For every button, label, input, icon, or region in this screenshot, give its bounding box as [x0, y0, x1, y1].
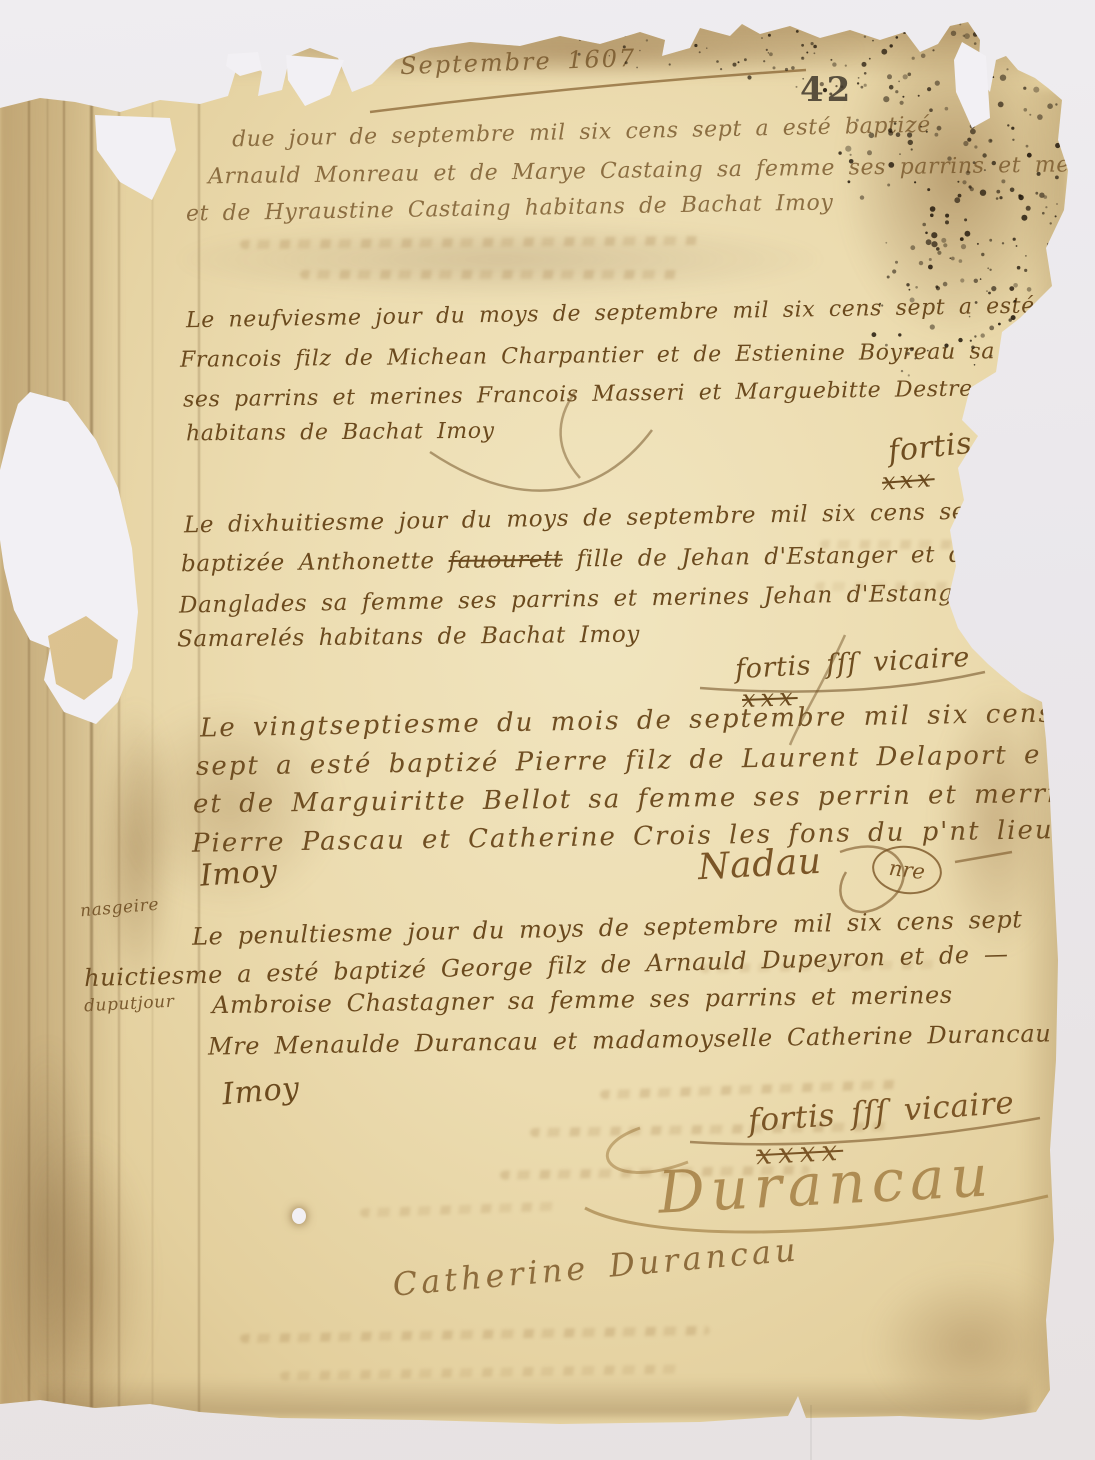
strike-marks: xxx	[742, 683, 799, 713]
entry-3-line-post: fille de Jehan d'Estanger et de Phy	[563, 541, 1038, 573]
stain	[300, 26, 860, 76]
page-number: 42	[800, 70, 853, 110]
entry-1-line: due jour de septembre mil six cens sept …	[232, 113, 931, 153]
signature-fortis-vicaire: fortis ſſſ vicaire	[747, 1085, 1015, 1140]
entry-5-line: Ambroise Chastagner sa femme ses parrins…	[212, 981, 953, 1019]
entry-5-line: Le penultiesme jour du moys de septembre…	[192, 905, 1023, 950]
notary-mark-text: nre	[888, 856, 927, 884]
entry-1-line: et de Hyraustine Castaing habitans de Ba…	[186, 190, 834, 226]
entry-2-line: Le neufviesme jour du moys de septembre …	[186, 292, 1095, 334]
entry-3-line: Danglades sa femme ses parrins et merine…	[179, 579, 1018, 618]
entry-3-line: Samarelés habitans de Bachat Imoy	[177, 622, 640, 653]
signature-durancau-flourish: Durancau	[656, 1141, 995, 1226]
notary-mark: nre	[869, 842, 944, 898]
manuscript-page: Septembre 1607 due jour de septembre mil…	[0, 0, 1095, 1460]
entry-3-line: Le dixhuitiesme jour du moys de septembr…	[184, 498, 1035, 539]
ghost-writing	[820, 540, 980, 549]
ghost-writing	[700, 960, 940, 973]
entry-3-struck-word: fauourett	[448, 547, 563, 574]
ghost-writing	[500, 1165, 810, 1179]
strike-marks: xxx	[881, 464, 935, 496]
header-date: Septembre 1607	[400, 44, 637, 80]
ghost-writing	[360, 1202, 560, 1218]
entry-4-line: Le vingtseptiesme du mois de septembre m…	[200, 699, 1054, 744]
backing-seam	[810, 1405, 812, 1460]
ghost-writing	[530, 1122, 890, 1137]
signature-nadau: Nadau	[697, 841, 823, 888]
stain	[935, 685, 1060, 955]
entry-4-line: et de Marguiritte Bellot sa femme ses pe…	[193, 779, 1094, 820]
signature-fortis: fortis	[886, 426, 973, 470]
ghost-writing	[815, 582, 985, 591]
entry-3-line: baptizée Anthonette fauourett fille de J…	[181, 541, 1038, 577]
entry-5-line: Mre Menaulde Durancau et madamoyselle Ca…	[208, 1019, 1052, 1060]
entry-4-line: sept a esté baptizé Pierre filz de Laure…	[196, 740, 1042, 782]
entry-1-line: Arnauld Monreau et de Marye Castaing sa …	[208, 152, 1095, 190]
fold-crease-lines	[0, 85, 240, 1415]
entry-2-line: Francois filz de Michean Charpantier et …	[180, 338, 1088, 373]
signature-fortis-vicaire: fortis ſſſ vicaire	[734, 642, 970, 685]
ghost-writing	[240, 1326, 710, 1343]
entry-2-line: ses parrins et merines Francois Masseri …	[183, 376, 985, 412]
stain	[870, 1270, 1070, 1420]
ghost-writing	[600, 1080, 900, 1099]
right-edge-shading	[1020, 90, 1068, 1410]
paper-hole	[292, 1208, 306, 1224]
ghost-writing	[280, 1365, 680, 1381]
ghost-writing	[240, 236, 700, 249]
stain	[180, 222, 820, 297]
torn-top-edge-shading	[0, 20, 1095, 80]
entry-4-line: Pierre Pascau et Catherine Crois les fon…	[192, 815, 1054, 859]
photo-background: Septembre 1607 due jour de septembre mil…	[0, 0, 1095, 1460]
signature-catherine-durancau: Catherine Durancau	[391, 1230, 801, 1303]
ghost-writing	[300, 270, 680, 279]
strike-marks: xxxx	[755, 1134, 844, 1172]
